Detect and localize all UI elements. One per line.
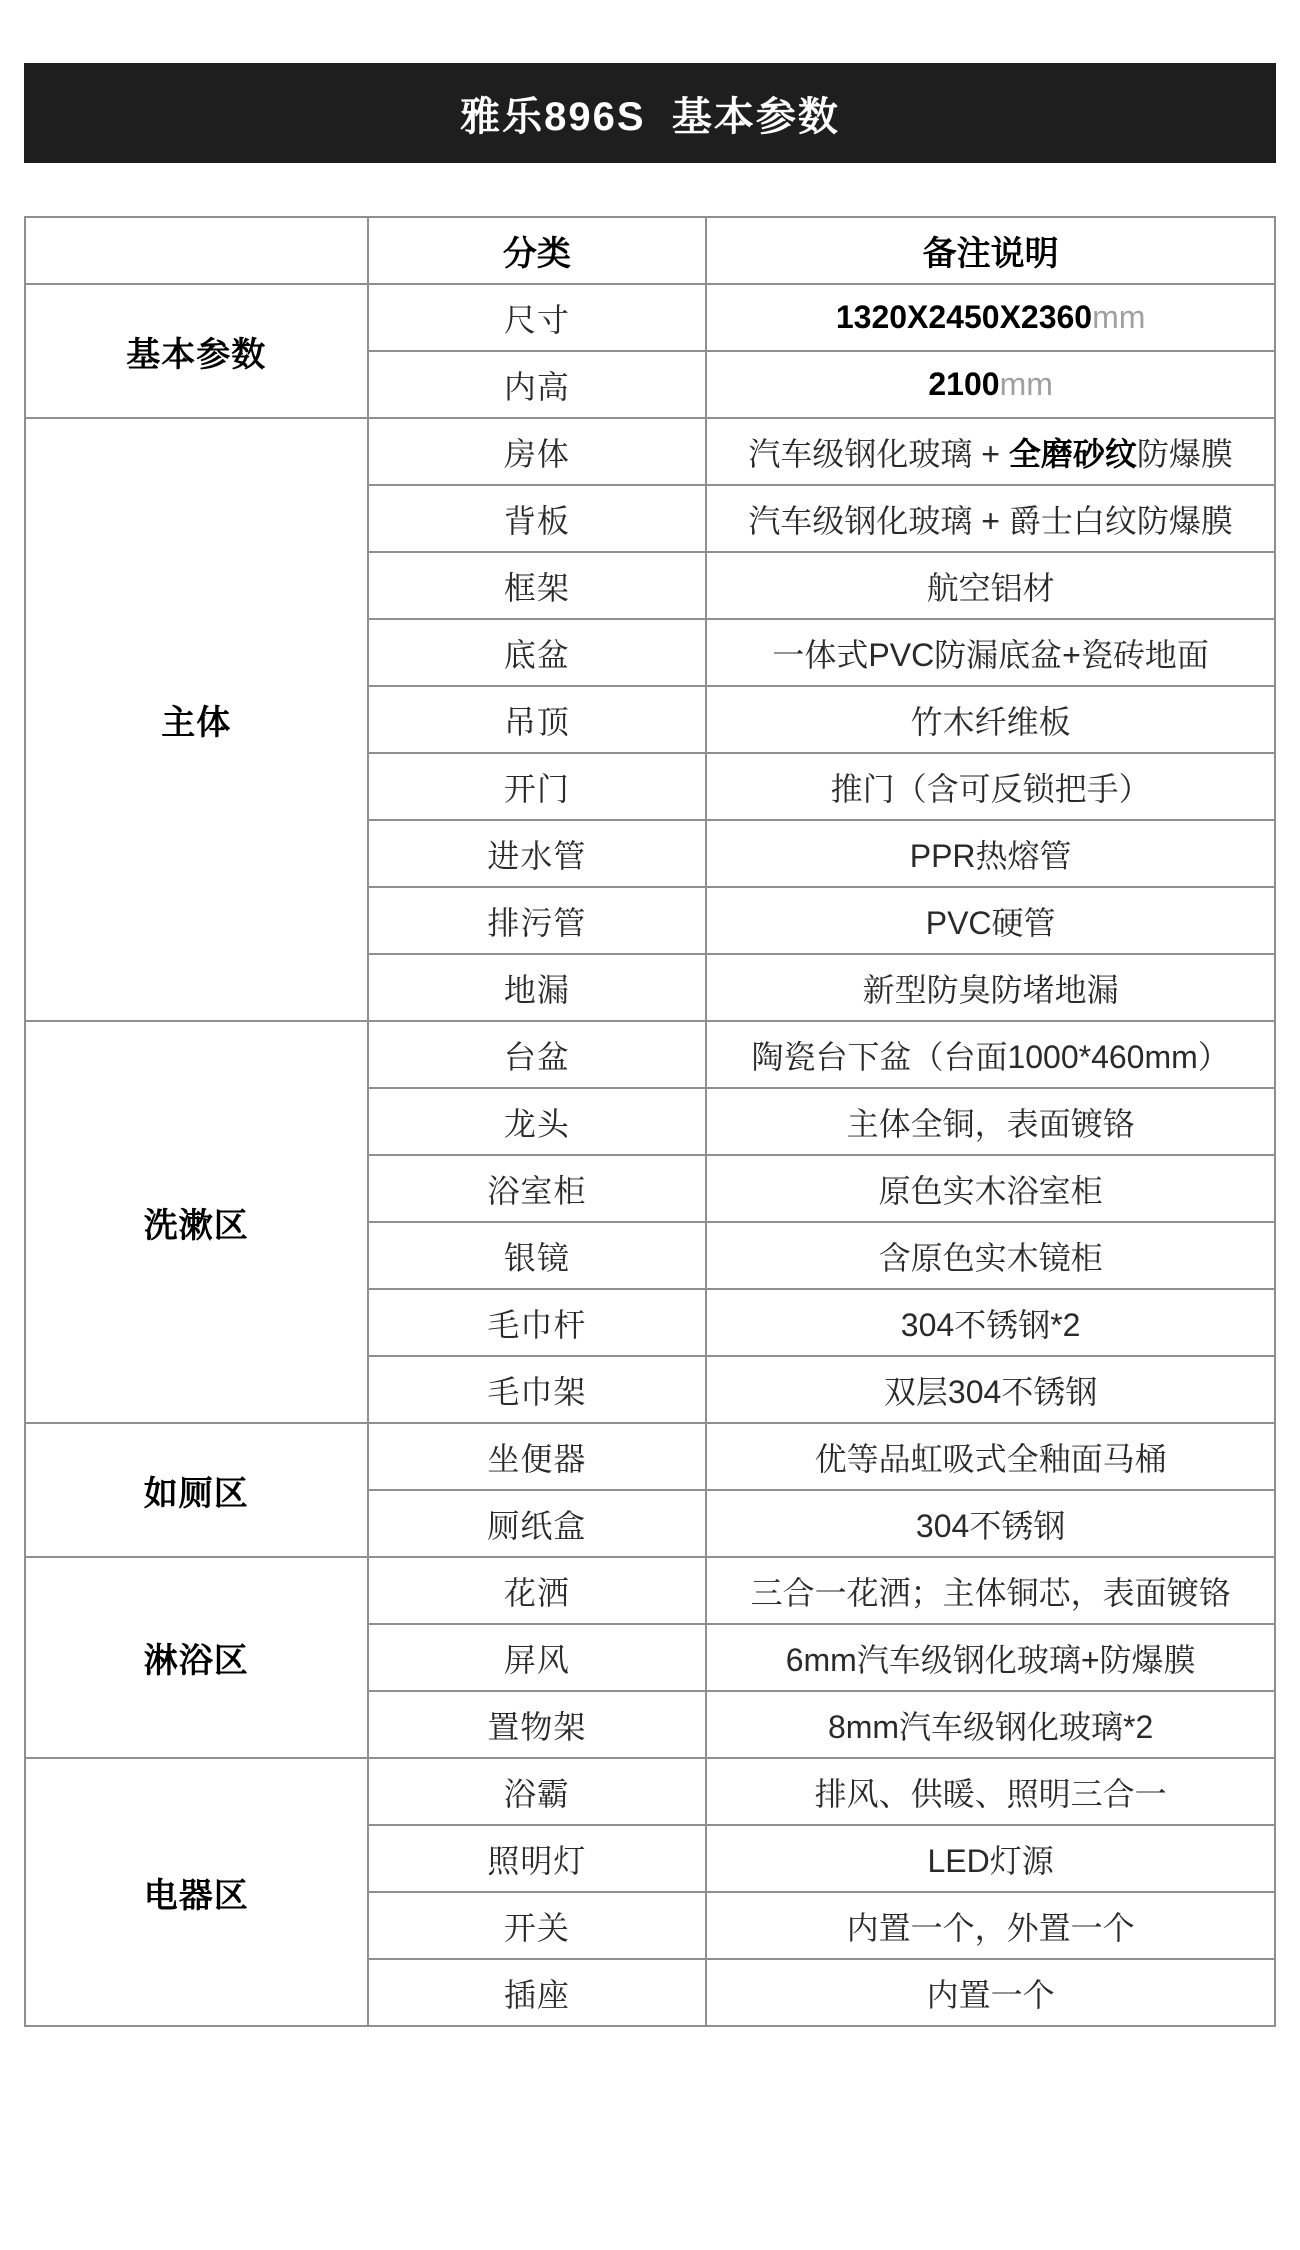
value-cell: 6mm汽车级钢化玻璃+防爆膜 <box>706 1624 1275 1691</box>
value-text: 汽车级钢化玻璃 + 爵士白纹防爆膜 <box>748 503 1232 539</box>
item-cell: 台盆 <box>368 1021 707 1088</box>
value-text: 陶瓷台下盆（台面1000*460mm） <box>751 1039 1229 1075</box>
value-cell: LED灯源 <box>706 1825 1275 1892</box>
item-cell: 照明灯 <box>368 1825 707 1892</box>
value-text: 内置一个 <box>927 1977 1055 2013</box>
value-cell: 一体式PVC防漏底盆+瓷砖地面 <box>706 619 1275 686</box>
item-cell: 框架 <box>368 552 707 619</box>
value-text: 排风、供暖、照明三合一 <box>815 1776 1167 1812</box>
item-cell: 毛巾架 <box>368 1356 707 1423</box>
value-text: 推门（含可反锁把手） <box>831 771 1151 807</box>
item-cell: 底盆 <box>368 619 707 686</box>
value-text: 航空铝材 <box>927 570 1055 606</box>
item-cell: 排污管 <box>368 887 707 954</box>
table-row: 主体房体汽车级钢化玻璃 + 全磨砂纹防爆膜 <box>25 418 1275 485</box>
value-text: 三合一花洒；主体铜芯，表面镀铬 <box>751 1575 1231 1611</box>
value-text: 主体全铜，表面镀铬 <box>847 1106 1135 1142</box>
value-cell: 汽车级钢化玻璃 + 全磨砂纹防爆膜 <box>706 418 1275 485</box>
table-row: 淋浴区花洒三合一花洒；主体铜芯，表面镀铬 <box>25 1557 1275 1624</box>
item-cell: 开门 <box>368 753 707 820</box>
value-cell: 推门（含可反锁把手） <box>706 753 1275 820</box>
value-cell: 8mm汽车级钢化玻璃*2 <box>706 1691 1275 1758</box>
value-cell: 内置一个 <box>706 1959 1275 2026</box>
header-row: 分类 备注说明 <box>25 217 1275 284</box>
page-title: 雅乐896S 基本参数 <box>460 85 840 142</box>
value-text: 汽车级钢化玻璃 + <box>748 436 1008 472</box>
item-cell: 坐便器 <box>368 1423 707 1490</box>
value-text: mm <box>1092 299 1145 335</box>
item-cell: 浴室柜 <box>368 1155 707 1222</box>
item-cell: 房体 <box>368 418 707 485</box>
table-row: 洗漱区台盆陶瓷台下盆（台面1000*460mm） <box>25 1021 1275 1088</box>
group-label: 主体 <box>25 418 368 1021</box>
value-cell: 航空铝材 <box>706 552 1275 619</box>
item-cell: 开关 <box>368 1892 707 1959</box>
item-cell: 内高 <box>368 351 707 418</box>
header-group-cell <box>25 217 368 284</box>
value-text: 竹木纤维板 <box>911 704 1071 740</box>
group-label: 如厕区 <box>25 1423 368 1557</box>
value-cell: PPR热熔管 <box>706 820 1275 887</box>
value-cell: 原色实木浴室柜 <box>706 1155 1275 1222</box>
item-cell: 厕纸盒 <box>368 1490 707 1557</box>
header-category-cell: 分类 <box>368 217 707 284</box>
value-cell: 排风、供暖、照明三合一 <box>706 1758 1275 1825</box>
value-cell: 304不锈钢 <box>706 1490 1275 1557</box>
group-label: 淋浴区 <box>25 1557 368 1758</box>
value-text: 双层304不锈钢 <box>884 1374 1097 1410</box>
item-cell: 龙头 <box>368 1088 707 1155</box>
value-text: 原色实木浴室柜 <box>879 1173 1103 1209</box>
spec-table-container: 分类 备注说明 基本参数尺寸1320X2450X2360mm内高2100mm主体… <box>24 216 1276 2027</box>
table-row: 如厕区坐便器优等品虹吸式全釉面马桶 <box>25 1423 1275 1490</box>
value-text: 一体式PVC防漏底盆+瓷砖地面 <box>772 637 1209 673</box>
title-banner: 雅乐896S 基本参数 <box>24 63 1276 163</box>
value-text: 8mm汽车级钢化玻璃*2 <box>828 1709 1153 1745</box>
value-cell: 新型防臭防堵地漏 <box>706 954 1275 1021</box>
value-cell: 陶瓷台下盆（台面1000*460mm） <box>706 1021 1275 1088</box>
spec-table: 分类 备注说明 基本参数尺寸1320X2450X2360mm内高2100mm主体… <box>24 216 1276 2027</box>
value-cell: 汽车级钢化玻璃 + 爵士白纹防爆膜 <box>706 485 1275 552</box>
value-cell: PVC硬管 <box>706 887 1275 954</box>
item-cell: 毛巾杆 <box>368 1289 707 1356</box>
value-cell: 内置一个，外置一个 <box>706 1892 1275 1959</box>
value-cell: 1320X2450X2360mm <box>706 284 1275 351</box>
value-text: 防爆膜 <box>1137 436 1233 472</box>
item-cell: 浴霸 <box>368 1758 707 1825</box>
value-text: 2100 <box>928 366 999 402</box>
item-cell: 地漏 <box>368 954 707 1021</box>
value-cell: 含原色实木镜柜 <box>706 1222 1275 1289</box>
value-text: 新型防臭防堵地漏 <box>863 972 1119 1008</box>
item-cell: 尺寸 <box>368 284 707 351</box>
value-text: mm <box>1000 366 1053 402</box>
value-text: 6mm汽车级钢化玻璃+防爆膜 <box>786 1642 1196 1678</box>
table-row: 基本参数尺寸1320X2450X2360mm <box>25 284 1275 351</box>
value-cell: 主体全铜，表面镀铬 <box>706 1088 1275 1155</box>
item-cell: 背板 <box>368 485 707 552</box>
item-cell: 银镜 <box>368 1222 707 1289</box>
value-text: 内置一个，外置一个 <box>847 1910 1135 1946</box>
value-text: PVC硬管 <box>926 905 1056 941</box>
value-text: 含原色实木镜柜 <box>879 1240 1103 1276</box>
item-cell: 进水管 <box>368 820 707 887</box>
item-cell: 置物架 <box>368 1691 707 1758</box>
item-cell: 花洒 <box>368 1557 707 1624</box>
value-cell: 2100mm <box>706 351 1275 418</box>
table-row: 电器区浴霸排风、供暖、照明三合一 <box>25 1758 1275 1825</box>
value-cell: 双层304不锈钢 <box>706 1356 1275 1423</box>
value-text: 优等品虹吸式全釉面马桶 <box>815 1441 1167 1477</box>
value-cell: 竹木纤维板 <box>706 686 1275 753</box>
group-label: 电器区 <box>25 1758 368 2026</box>
value-text: 1320X2450X2360 <box>836 299 1092 335</box>
value-text: 全磨砂纹 <box>1009 436 1137 472</box>
value-text: 304不锈钢 <box>916 1508 1065 1544</box>
group-label: 洗漱区 <box>25 1021 368 1423</box>
value-cell: 304不锈钢*2 <box>706 1289 1275 1356</box>
group-label: 基本参数 <box>25 284 368 418</box>
item-cell: 插座 <box>368 1959 707 2026</box>
value-cell: 三合一花洒；主体铜芯，表面镀铬 <box>706 1557 1275 1624</box>
value-cell: 优等品虹吸式全釉面马桶 <box>706 1423 1275 1490</box>
item-cell: 屏风 <box>368 1624 707 1691</box>
value-text: LED灯源 <box>927 1843 1053 1879</box>
header-note-cell: 备注说明 <box>706 217 1275 284</box>
value-text: PPR热熔管 <box>910 838 1072 874</box>
item-cell: 吊顶 <box>368 686 707 753</box>
value-text: 304不锈钢*2 <box>901 1307 1081 1343</box>
